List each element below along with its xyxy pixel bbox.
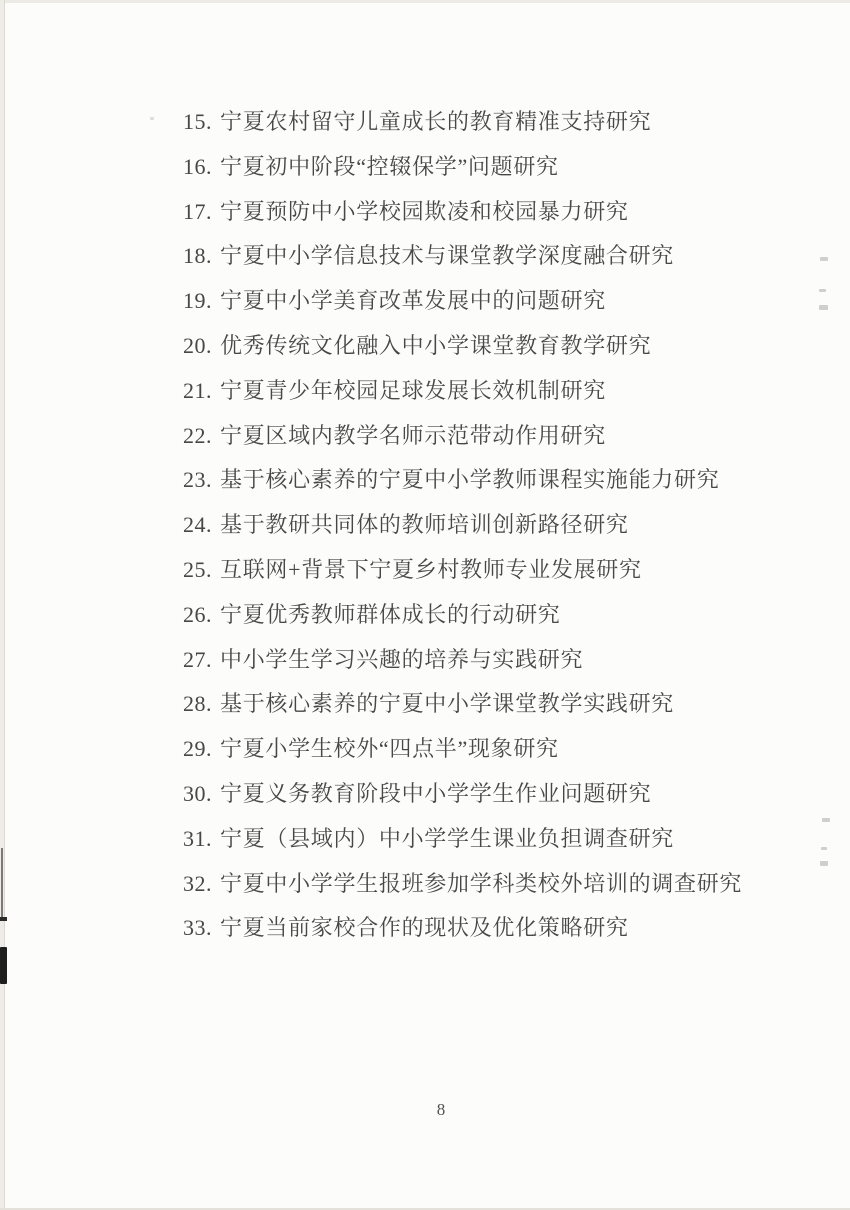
list-item: 25.互联网+背景下宁夏乡村教师专业发展研究	[183, 558, 742, 581]
list-item: 31.宁夏（县域内）中小学学生课业负担调查研究	[183, 827, 742, 850]
item-number: 24.	[183, 512, 212, 537]
research-topic-list: 15.宁夏农村留守儿童成长的教育精准支持研究16.宁夏初中阶段“控辍保学”问题研…	[183, 110, 742, 961]
item-text: 中小学生学习兴趣的培养与实践研究	[220, 647, 583, 672]
scan-artifact-blob	[0, 947, 7, 984]
scan-speckle	[820, 257, 828, 261]
item-text: 宁夏初中阶段“控辍保学”问题研究	[220, 154, 559, 179]
item-number: 27.	[183, 647, 212, 672]
item-number: 22.	[183, 423, 212, 448]
item-text: 互联网+背景下宁夏乡村教师专业发展研究	[220, 557, 642, 582]
item-number: 28.	[183, 691, 212, 716]
item-number: 26.	[183, 602, 212, 627]
scan-speckle	[150, 117, 154, 120]
item-text: 宁夏农村留守儿童成长的教育精准支持研究	[220, 109, 651, 134]
item-number: 19.	[183, 288, 212, 313]
scan-edge-top	[0, 0, 850, 3]
scan-speckle	[821, 847, 827, 850]
item-text: 宁夏（县域内）中小学学生课业负担调查研究	[220, 826, 674, 851]
item-number: 15.	[183, 109, 212, 134]
item-number: 21.	[183, 378, 212, 403]
scanned-document-page: 15.宁夏农村留守儿童成长的教育精准支持研究16.宁夏初中阶段“控辍保学”问题研…	[0, 0, 850, 1210]
scan-speckle	[820, 861, 828, 866]
item-number: 20.	[183, 333, 212, 358]
list-item: 24.基于教研共同体的教师培训创新路径研究	[183, 513, 742, 536]
list-item: 20.优秀传统文化融入中小学课堂教育教学研究	[183, 334, 742, 357]
list-item: 16.宁夏初中阶段“控辍保学”问题研究	[183, 155, 742, 178]
item-number: 30.	[183, 781, 212, 806]
item-text: 基于核心素养的宁夏中小学课堂教学实践研究	[220, 691, 674, 716]
scan-artifact-line	[1, 848, 3, 918]
list-item: 33.宁夏当前家校合作的现状及优化策略研究	[183, 916, 742, 939]
scan-speckle	[819, 289, 826, 292]
item-number: 16.	[183, 154, 212, 179]
item-number: 17.	[183, 199, 212, 224]
scan-edge-left	[0, 0, 5, 1210]
item-text: 基于核心素养的宁夏中小学教师课程实施能力研究	[220, 467, 719, 492]
item-number: 33.	[183, 915, 212, 940]
item-text: 宁夏优秀教师群体成长的行动研究	[220, 602, 561, 627]
item-text: 宁夏当前家校合作的现状及优化策略研究	[220, 915, 629, 940]
item-text: 宁夏中小学美育改革发展中的问题研究	[220, 288, 606, 313]
list-item: 26.宁夏优秀教师群体成长的行动研究	[183, 603, 742, 626]
scan-speckle	[819, 305, 828, 310]
list-item: 22.宁夏区域内教学名师示范带动作用研究	[183, 424, 742, 447]
list-item: 21.宁夏青少年校园足球发展长效机制研究	[183, 379, 742, 402]
item-text: 宁夏小学生校外“四点半”现象研究	[220, 736, 559, 761]
item-text: 宁夏青少年校园足球发展长效机制研究	[220, 378, 606, 403]
list-item: 32.宁夏中小学学生报班参加学科类校外培训的调查研究	[183, 872, 742, 895]
list-item: 19.宁夏中小学美育改革发展中的问题研究	[183, 289, 742, 312]
item-number: 25.	[183, 557, 212, 582]
item-number: 31.	[183, 826, 212, 851]
list-item: 17.宁夏预防中小学校园欺凌和校园暴力研究	[183, 200, 742, 223]
list-item: 28.基于核心素养的宁夏中小学课堂教学实践研究	[183, 692, 742, 715]
scan-speckle	[822, 818, 830, 822]
list-item: 15.宁夏农村留守儿童成长的教育精准支持研究	[183, 110, 742, 133]
item-number: 18.	[183, 243, 212, 268]
item-text: 宁夏预防中小学校园欺凌和校园暴力研究	[220, 199, 629, 224]
page-number: 8	[431, 1100, 451, 1120]
item-text: 优秀传统文化融入中小学课堂教育教学研究	[220, 333, 651, 358]
item-text: 宁夏义务教育阶段中小学学生作业问题研究	[220, 781, 651, 806]
list-item: 27.中小学生学习兴趣的培养与实践研究	[183, 648, 742, 671]
item-text: 宁夏中小学信息技术与课堂教学深度融合研究	[220, 243, 674, 268]
item-number: 29.	[183, 736, 212, 761]
scan-artifact-dash	[0, 917, 7, 921]
item-text: 宁夏中小学学生报班参加学科类校外培训的调查研究	[220, 871, 742, 896]
item-number: 32.	[183, 871, 212, 896]
item-text: 基于教研共同体的教师培训创新路径研究	[220, 512, 629, 537]
list-item: 30.宁夏义务教育阶段中小学学生作业问题研究	[183, 782, 742, 805]
item-text: 宁夏区域内教学名师示范带动作用研究	[220, 423, 606, 448]
item-number: 23.	[183, 467, 212, 492]
list-item: 29.宁夏小学生校外“四点半”现象研究	[183, 737, 742, 760]
list-item: 23.基于核心素养的宁夏中小学教师课程实施能力研究	[183, 468, 742, 491]
list-item: 18.宁夏中小学信息技术与课堂教学深度融合研究	[183, 244, 742, 267]
